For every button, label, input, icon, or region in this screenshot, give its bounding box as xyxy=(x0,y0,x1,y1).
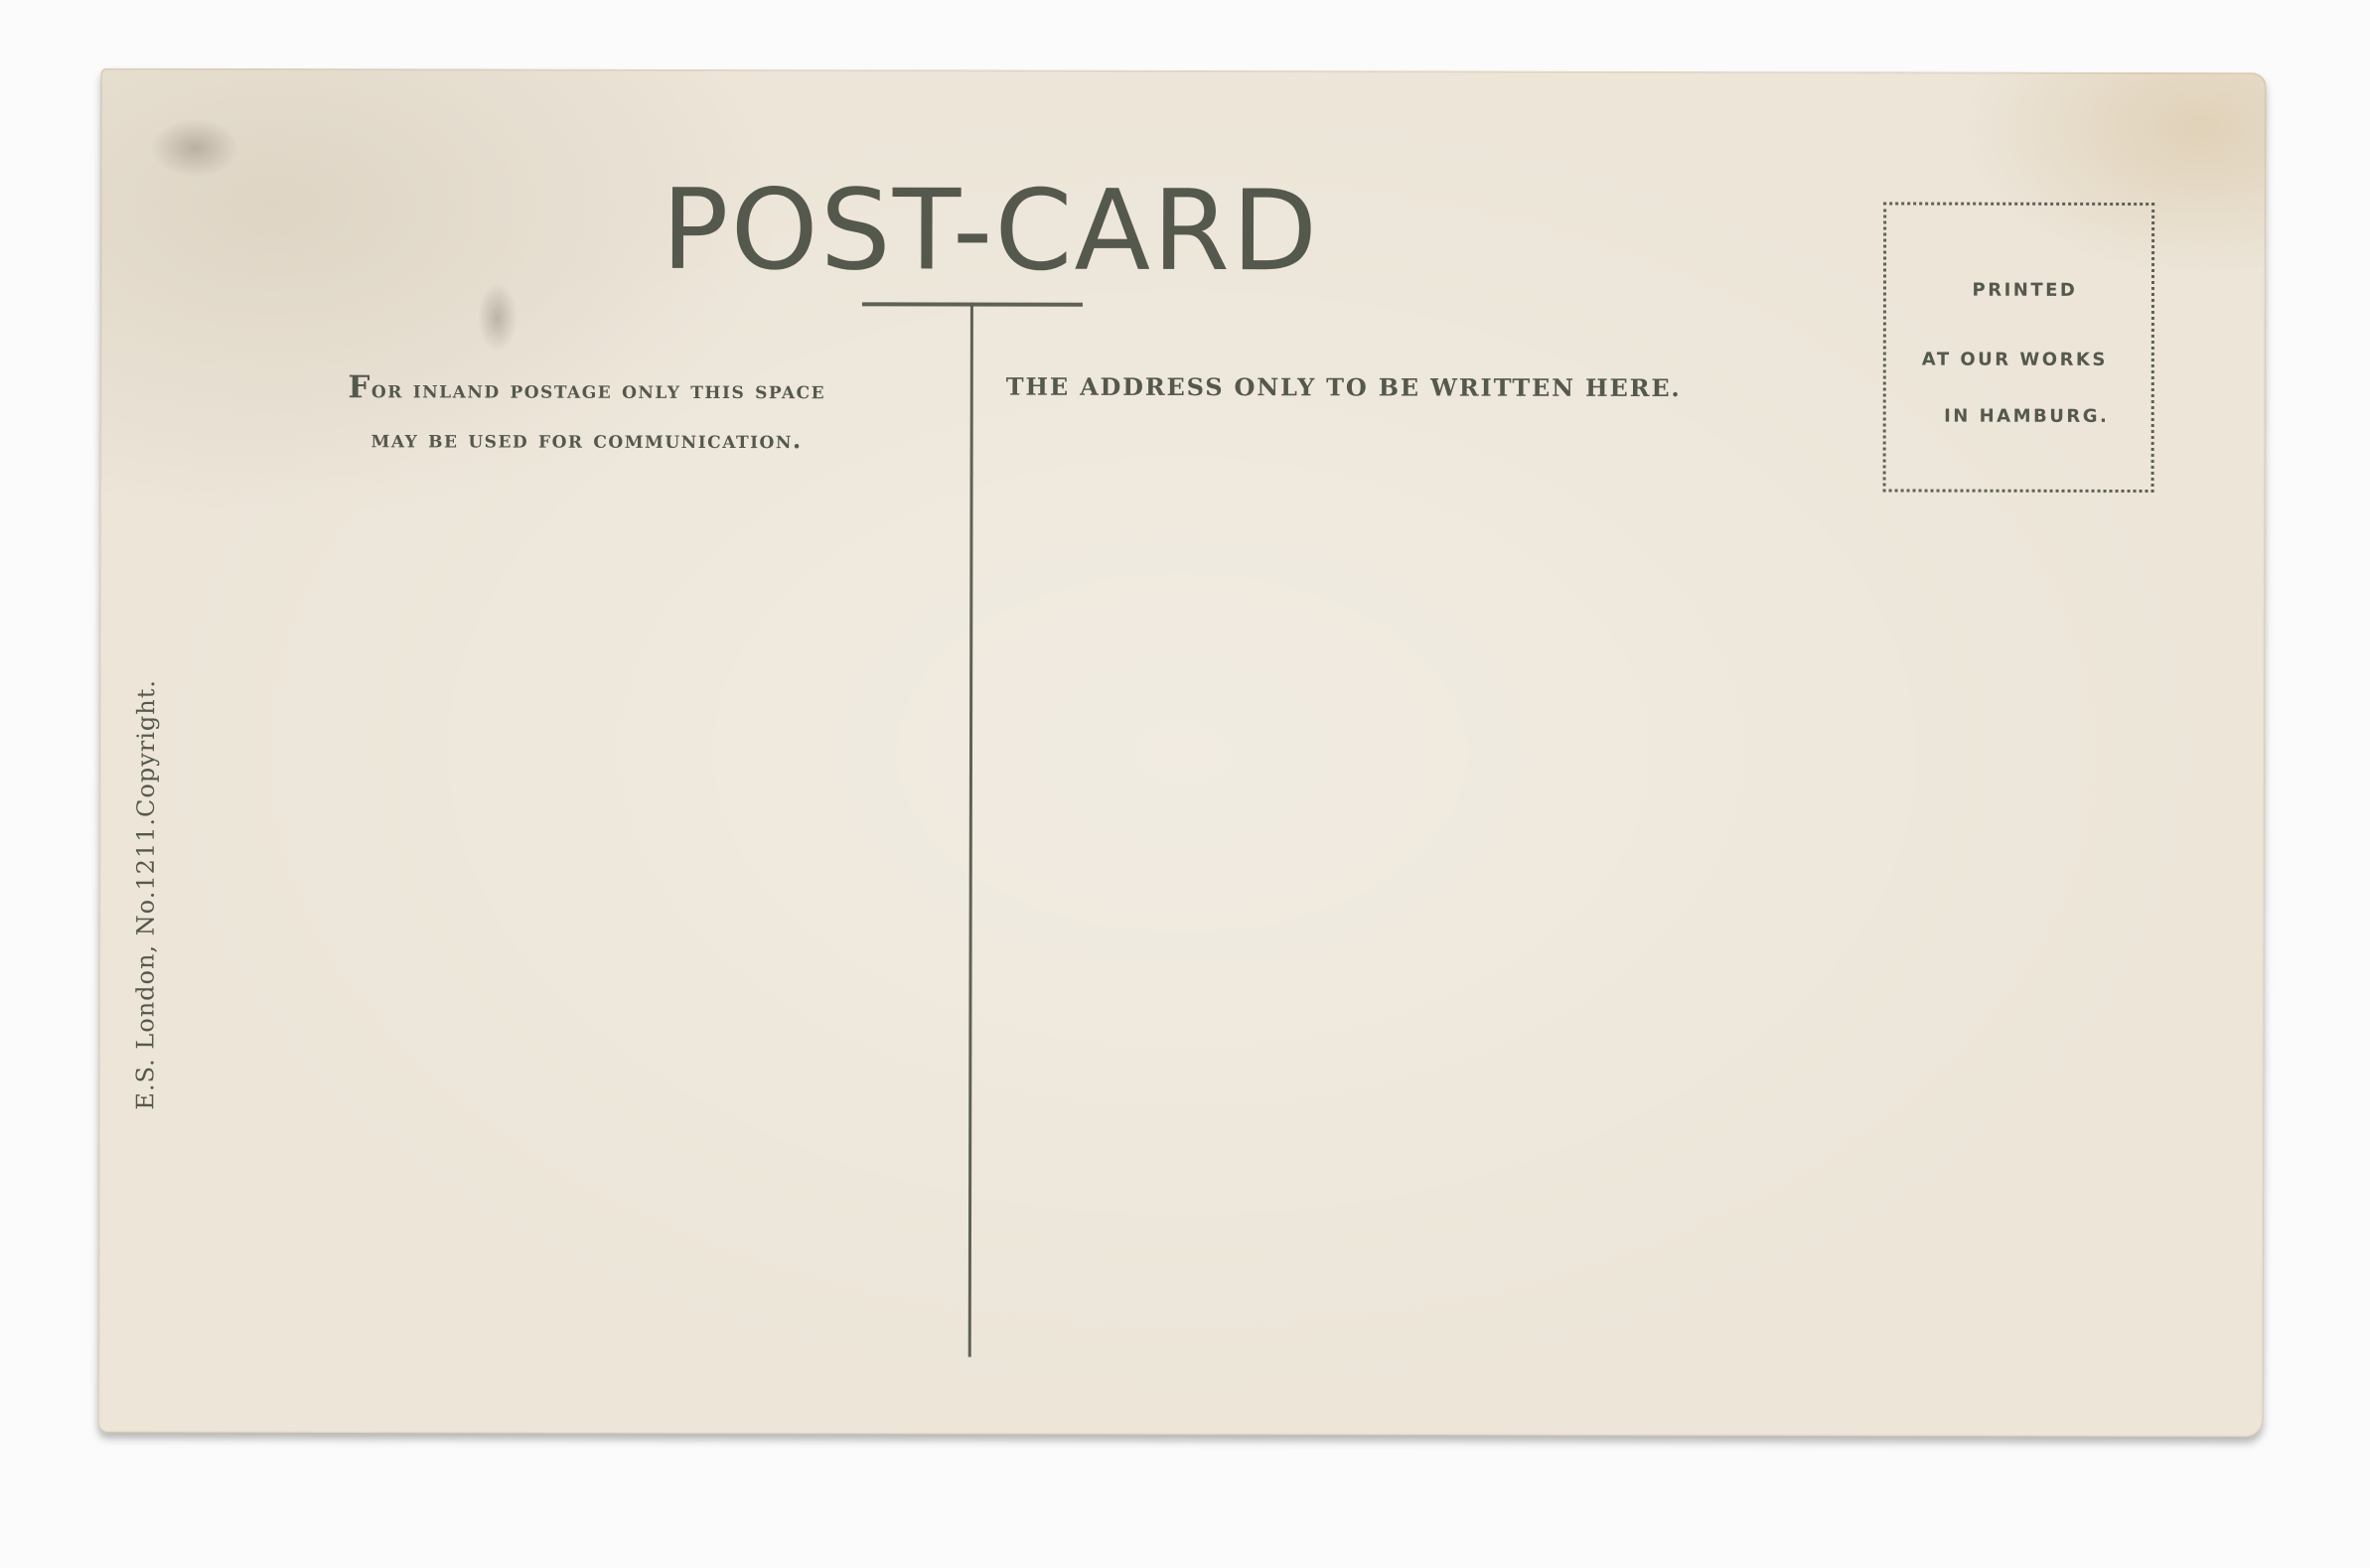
stamp-text-line-2: AT OUR WORKS xyxy=(1882,349,2148,370)
address-area-instruction: THE ADDRESS ONLY TO BE WRITTEN HERE. xyxy=(1006,372,1761,403)
stamp-text-line-3: IN HAMBURG. xyxy=(1894,406,2159,428)
publisher-imprint: E.S. London, No.1211.Copyright. xyxy=(131,617,166,1173)
center-divider-line xyxy=(968,303,973,1357)
postcard-title: POST-CARD xyxy=(643,175,1338,287)
stamp-box: PRINTED AT OUR WORKS IN HAMBURG. xyxy=(1883,202,2155,493)
stamp-text-line-1: PRINTED xyxy=(1892,279,2157,301)
message-line-1-text: or inland postage only this space xyxy=(371,374,825,404)
smudge-mark xyxy=(478,283,518,353)
message-instruction-line-2: may be used for communication. xyxy=(239,414,935,465)
postcard-back: POST-CARD For inland postage only this s… xyxy=(98,69,2267,1438)
message-drop-cap: F xyxy=(348,369,371,405)
message-area-instruction: For inland postage only this space may b… xyxy=(239,362,935,465)
smudge-mark xyxy=(150,118,239,178)
message-instruction-line-1: For inland postage only this space xyxy=(239,362,935,415)
